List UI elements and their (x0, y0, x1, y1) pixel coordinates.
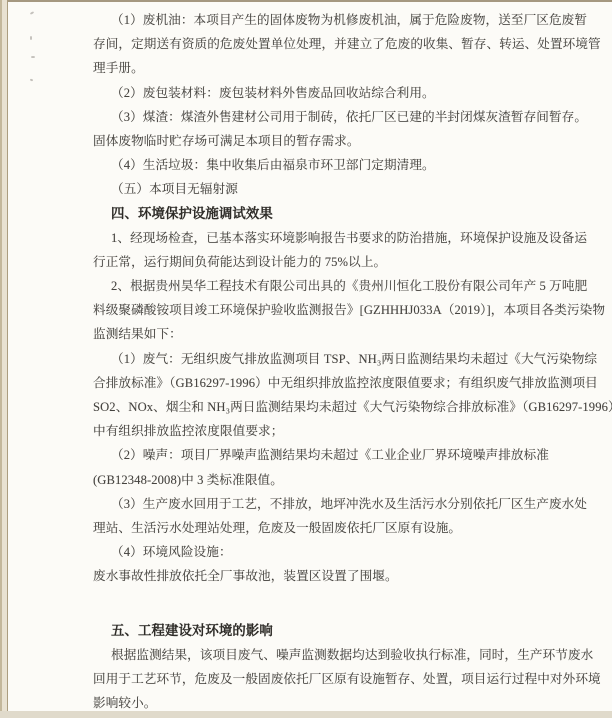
text-line: (GB12348-2008)中 3 类标准限值。 (93, 468, 593, 492)
section-heading: 四、环境保护设施调试效果 (93, 202, 593, 226)
text-line: SO2、NOx、烟尘和 NH₃两日监测结果均未超过《大气污染物综合排放标准》（G… (93, 395, 593, 419)
text-line: （1）废机油：本项目产生的固体废物为机修废机油，属于危险废物，送至厂区危废暂 (93, 8, 593, 32)
scan-speck (30, 11, 34, 15)
page-left-edge (0, 0, 8, 718)
text-line: 废水事故性排放依托全厂事故池，装置区设置了围堰。 (93, 564, 593, 588)
text-line: 行正常，运行期间负荷能达到设计能力的 75%以上。 (93, 250, 593, 274)
text-line: 料级聚磷酸铵项目竣工环境保护验收监测报告》[GZHHHJ033A（2019）]，… (93, 298, 593, 322)
text-line: 1、经现场检查，已基本落实环境影响报告书要求的防治措施，环境保护设施及设备运 (93, 226, 593, 250)
text-line: （3）煤渣：煤渣外售建材公司用于制砖，依托厂区已建的半封闭煤灰渣暂存间暂存。 (93, 105, 593, 129)
text-line: （1）废气：无组织废气排放监测项目 TSP、NH₃两日监测结果均未超过《大气污染… (93, 347, 593, 371)
scan-speck (30, 79, 34, 82)
text-line: （2）噪声：项目厂界噪声监测结果均未超过《工业企业厂界环境噪声排放标准 (93, 443, 593, 467)
text-line: （4）环境风险设施： (93, 540, 593, 564)
text-line: 存间，定期送有资质的危废处置单位处理，并建立了危废的收集、暂存、转运、处置环境管 (93, 32, 593, 56)
text-line: 理手册。 (93, 56, 593, 80)
text-line: 回用于工艺环节，危废及一般固废依托厂区原有设施暂存、处置，项目运行过程中对外环境 (93, 667, 593, 691)
scan-speck (31, 56, 35, 58)
text-line: 固体废物临时贮存场可满足本项目的暂存需求。 (93, 129, 593, 153)
text-line: 监测结果如下： (93, 322, 593, 346)
scan-speck (30, 36, 32, 40)
text-line: （五）本项目无辐射源 (93, 177, 593, 201)
text-line: （4）生活垃圾：集中收集后由福泉市环卫部门定期清理。 (93, 153, 593, 177)
scanned-document-page: （1）废机油：本项目产生的固体废物为机修废机油，属于危险废物，送至厂区危废暂存间… (0, 0, 612, 718)
text-line: 合排放标准》（GB16297-1996）中无组织排放监控浓度限值要求；有组织废气… (93, 371, 593, 395)
text-line: 根据监测结果，该项目废气、噪声监测数据均达到验收执行标准，同时，生产环节废水 (93, 643, 593, 667)
text-line: 中有组织排放监控浓度限值要求； (93, 419, 593, 443)
text-line: 理站、生活污水处理站处理，危废及一般固废依托厂区原有设施。 (93, 516, 593, 540)
section-heading: 五、工程建设对环境的影响 (93, 619, 593, 643)
text-line: 影响较小。 (93, 691, 593, 715)
page-top-edge (0, 0, 612, 2)
document-body: （1）废机油：本项目产生的固体废物为机修废机油，属于危险废物，送至厂区危废暂存间… (93, 8, 593, 715)
text-line: （3）生产废水回用于工艺，不排放，地坪冲洗水及生活污水分别依托厂区生产废水处 (93, 492, 593, 516)
text-line: 2、根据贵州昊华工程技术有限公司出具的《贵州川恒化工股份有限公司年产 5 万吨肥 (93, 274, 593, 298)
text-line: （2）废包装材料：废包装材料外售废品回收站综合利用。 (93, 81, 593, 105)
